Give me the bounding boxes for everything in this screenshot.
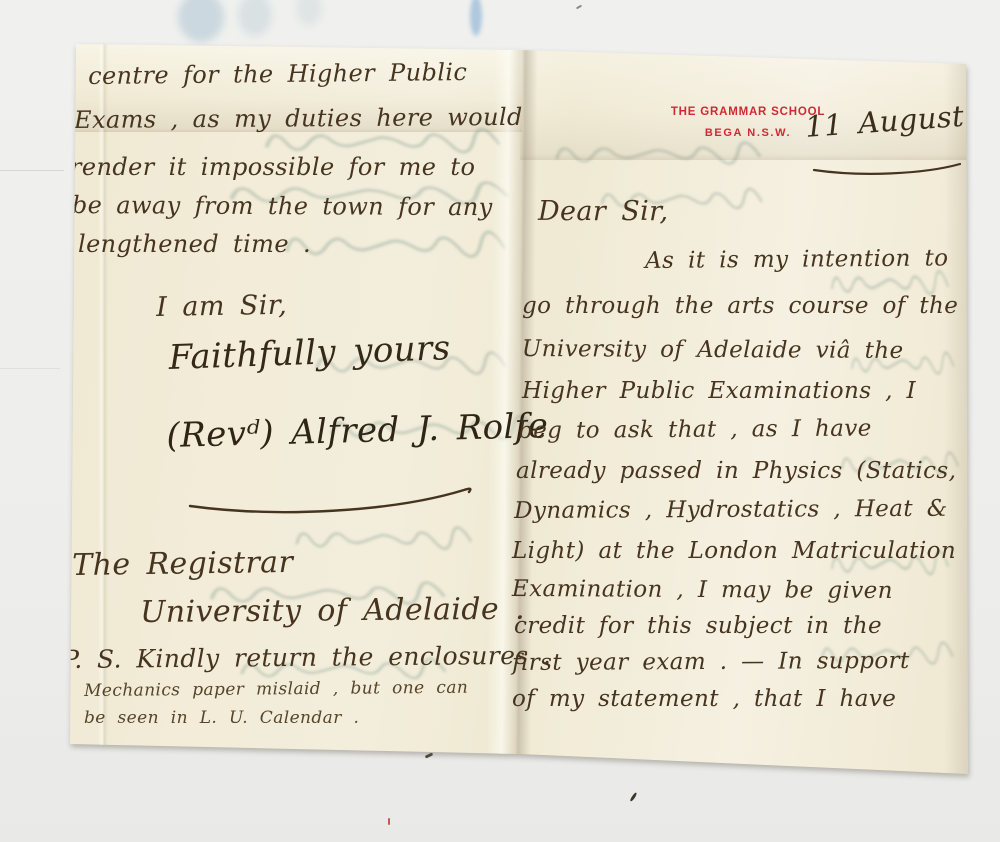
handwritten-line: of my statement , that I have [512, 686, 896, 712]
letter-paper: centre for the Higher Public Exams , as … [62, 38, 970, 778]
closing-line: Faithfully yours [168, 328, 451, 378]
fold-crease-left [98, 38, 108, 748]
handwritten-line: go through the arts course of the [522, 293, 958, 319]
scanner-smudge [178, 0, 224, 42]
address-line: University of Adelaide . [140, 592, 525, 630]
scanner-smudge [470, 0, 482, 36]
handwritten-line: centre for the Higher Public [88, 58, 467, 90]
handwritten-line: University of Adelaide viâ the [522, 336, 904, 364]
dust-speck [629, 792, 637, 802]
scanner-smudge [296, 0, 322, 26]
handwritten-line: Exams , as my duties here would [74, 103, 523, 134]
postscript-note: Mechanics paper mislaid , but one can [84, 678, 468, 701]
scanner-smudge [238, 0, 272, 36]
handwritten-line: Higher Public Examinations , I [522, 378, 916, 404]
closing-line: I am Sir, [156, 290, 287, 323]
paper-edge-shadow [944, 58, 970, 778]
handwritten-line: Dynamics , Hydrostatics , Heat & [514, 496, 948, 524]
scanner-line-artifact [0, 368, 60, 369]
handwritten-line: render it impossible for me to [70, 153, 475, 181]
handwritten-line: As it is my intention to [645, 245, 949, 274]
handwritten-line: already passed in Physics (Statics, [516, 458, 956, 484]
handwritten-line: Examination , I may be given [512, 576, 893, 604]
address-line: The Registrar [72, 545, 293, 583]
dust-speck [388, 818, 390, 825]
handwritten-line: Light) at the London Matriculation [512, 538, 956, 564]
handwritten-line: beg to ask that , as I have [518, 416, 872, 444]
dust-speck [576, 5, 582, 10]
salutation: Dear Sir, [538, 196, 668, 227]
postscript-note: be seen in L. U. Calendar . [84, 708, 359, 728]
handwritten-line: be away from the town for any [72, 191, 493, 221]
scanner-line-artifact [0, 170, 64, 171]
date: 11 August 98. [804, 95, 1000, 144]
handwritten-line: credit for this subject in the [514, 613, 882, 639]
handwritten-line: lengthened time . [78, 230, 311, 258]
scanned-letter-screenshot: { "document_type": "Scanned two-page han… [0, 0, 1000, 842]
handwritten-line: first year exam . — In support [512, 648, 910, 676]
paper-sheet: centre for the Higher Public Exams , as … [62, 38, 970, 778]
fold-crease-top-right [520, 38, 968, 160]
signature: (Revᵈ) Alfred J. Rolfe [166, 406, 549, 456]
postscript-line: P. S. Kindly return the enclosures . [62, 641, 551, 674]
